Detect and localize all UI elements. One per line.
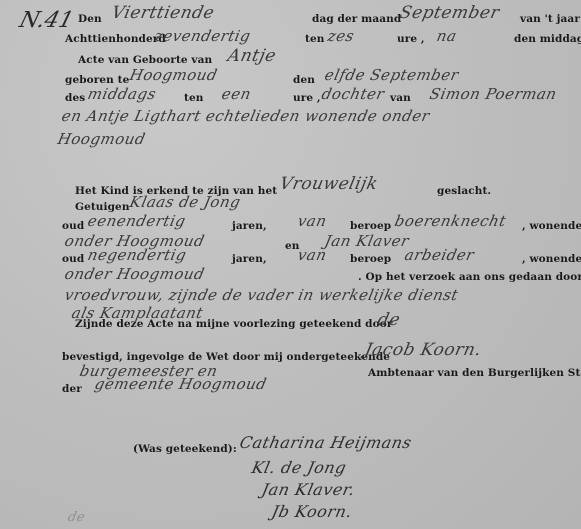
handwritten-witness2-residence: onder Hoogmoud bbox=[63, 265, 206, 283]
handwritten-sex: Vrouwelijk bbox=[278, 174, 380, 194]
handwritten-witness1-age: eenendertig bbox=[86, 212, 187, 230]
printed-ten: ten bbox=[184, 92, 203, 104]
handwritten-relation: dochter bbox=[320, 85, 386, 103]
printed-en: en bbox=[285, 240, 300, 252]
printed-beroep: beroep bbox=[350, 220, 391, 232]
handwritten-witness1-job: boerenknecht bbox=[393, 212, 508, 230]
printed-den: Den bbox=[78, 13, 102, 25]
handwritten-requester: vroedvrouw, zijnde de vader in werkelijk… bbox=[63, 286, 460, 304]
handwritten-de: de bbox=[376, 310, 402, 330]
handwritten-father-name: Simon Poerman bbox=[428, 85, 558, 103]
signature-catharina-heijmans: Catharina Heijmans bbox=[238, 433, 414, 452]
printed-op-het-verzoek: . Op het verzoek aan ons gedaan door bbox=[358, 271, 581, 283]
printed-wonende: , wonende bbox=[522, 220, 581, 232]
handwritten-birthplace: Hoogmoud bbox=[128, 66, 219, 84]
printed-oud: oud bbox=[62, 253, 84, 265]
printed-acte-van-geboorte: Acte van Geboorte van bbox=[78, 54, 212, 66]
signature-jb-koorn: Jb Koorn. bbox=[270, 502, 354, 521]
handwritten-hour: zes bbox=[326, 27, 356, 45]
handwritten-witness2-job: arbeider bbox=[403, 246, 476, 264]
handwritten-birth-date: elfde September bbox=[323, 66, 460, 84]
printed-oud: oud bbox=[62, 220, 84, 232]
corner-fragment: de bbox=[66, 510, 86, 525]
printed-beroep: beroep bbox=[350, 253, 391, 265]
handwritten-municipality: gemeente Hoogmoud bbox=[93, 375, 268, 393]
handwritten-witness2: Jan Klaver bbox=[323, 232, 411, 250]
handwritten-witness1: Klaas de Jong bbox=[128, 193, 242, 211]
handwritten-day: Vierttiende bbox=[110, 3, 216, 23]
handwritten-residence: Hoogmoud bbox=[56, 130, 147, 148]
printed-den-middag: den middag. bbox=[514, 33, 581, 45]
printed-wonende: , wonende bbox=[522, 253, 581, 265]
handwritten-mother-residence: en Antje Ligthart echtelieden wonende on… bbox=[60, 107, 431, 125]
signature-kl-de-jong: Kl. de Jong bbox=[250, 458, 348, 477]
printed-van: van bbox=[390, 92, 411, 104]
printed-was-geteekend: (Was geteekend): bbox=[133, 443, 237, 455]
printed-ure: ure , bbox=[293, 92, 321, 104]
handwritten-month: September bbox=[398, 3, 501, 23]
printed-jaren: jaren, bbox=[232, 220, 267, 232]
printed-ure: ure , bbox=[397, 33, 425, 45]
handwritten-period: middags bbox=[86, 85, 158, 103]
printed-achttienhonderd: Achttienhonderd bbox=[65, 33, 166, 45]
handwritten-hour: een bbox=[220, 85, 253, 103]
printed-ambtenaar: Ambtenaar van den Burgerlijken Stand bbox=[368, 367, 581, 379]
printed-jaren: jaren, bbox=[232, 253, 267, 265]
scanned-document-page: N.41 Den Vierttiende dag der maand Septe… bbox=[0, 0, 581, 529]
printed-geslacht: geslacht. bbox=[437, 185, 491, 197]
signature-jan-klaver: Jan Klaver. bbox=[260, 480, 357, 499]
handwritten-child-name: Antje bbox=[226, 46, 278, 66]
handwritten-year: zevendertig bbox=[153, 27, 252, 45]
printed-der: der bbox=[62, 383, 82, 395]
handwritten-na: na bbox=[435, 27, 458, 45]
printed-des: des bbox=[65, 92, 85, 104]
printed-dag-der-maand: dag der maand bbox=[312, 13, 401, 25]
printed-ten: ten bbox=[305, 33, 324, 45]
handwritten-van: van bbox=[296, 212, 328, 230]
margin-record-number: N.41 bbox=[17, 8, 77, 33]
printed-den: den bbox=[293, 74, 315, 86]
handwritten-official-name: Jacob Koorn. bbox=[363, 340, 483, 360]
handwritten-witness2-age: negendertig bbox=[86, 246, 188, 264]
printed-van-t-jaar: van 't jaar bbox=[520, 13, 580, 25]
printed-zijnde-deze-acte: Zijnde deze Acte na mijne voorlezing get… bbox=[75, 318, 392, 330]
handwritten-van: van bbox=[296, 246, 328, 264]
